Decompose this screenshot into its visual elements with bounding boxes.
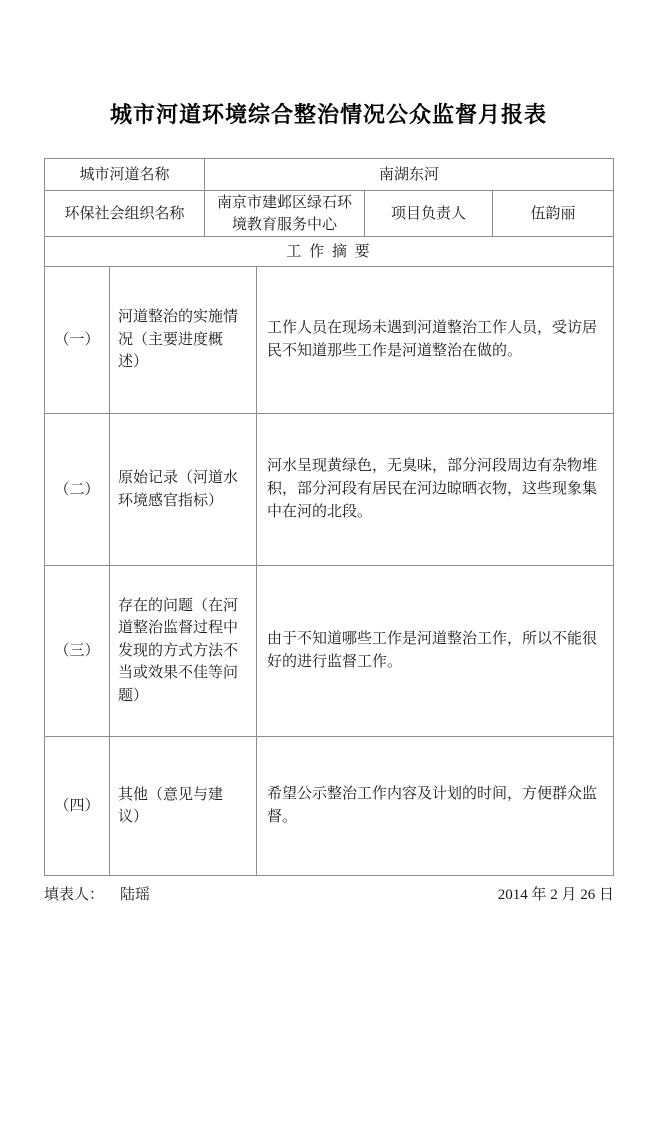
row-number: （一） <box>45 267 110 413</box>
row-content: 由于不知道哪些工作是河道整治工作，所以不能很好的进行监督工作。 <box>257 566 613 736</box>
row-label: 原始记录（河道水环境感官指标） <box>110 414 257 565</box>
summary-header: 工 作 摘 要 <box>45 237 613 266</box>
document-page: 城市河道环境综合整治情况公众监督月报表 城市河道名称 南湖东河 环保社会组织名称… <box>0 0 657 1122</box>
form-footer: 填表人：陆瑶 2014 年 2 月 26 日 <box>44 883 614 904</box>
organization-row: 环保社会组织名称 南京市建邺区绿石环境教育服务中心 项目负责人 伍韵丽 <box>45 191 613 237</box>
river-name-label: 城市河道名称 <box>45 159 205 190</box>
summary-header-row: 工 作 摘 要 <box>45 237 613 267</box>
river-name-value: 南湖东河 <box>205 159 613 190</box>
row-number: （二） <box>45 414 110 565</box>
row-number: （三） <box>45 566 110 736</box>
row-number: （四） <box>45 737 110 875</box>
filler-name: 陆瑶 <box>120 887 150 903</box>
page-title: 城市河道环境综合整治情况公众监督月报表 <box>0 0 657 129</box>
row-content: 河水呈现黄绿色，无臭味，部分河段周边有杂物堆积，部分河段有居民在河边晾晒衣物，这… <box>257 414 613 565</box>
table-row: （三） 存在的问题（在河道整治监督过程中发现的方式方法不当或效果不佳等问题） 由… <box>45 566 613 737</box>
filler-label: 填表人： <box>44 887 104 903</box>
row-content: 工作人员在现场未遇到河道整治工作人员，受访居民不知道那些工作是河道整治在做的。 <box>257 267 613 413</box>
table-row: （二） 原始记录（河道水环境感官指标） 河水呈现黄绿色，无臭味，部分河段周边有杂… <box>45 414 613 566</box>
table-row: （一） 河道整治的实施情况（主要进度概述） 工作人员在现场未遇到河道整治工作人员… <box>45 267 613 414</box>
org-label: 环保社会组织名称 <box>45 191 205 236</box>
leader-value: 伍韵丽 <box>493 191 613 236</box>
row-label: 存在的问题（在河道整治监督过程中发现的方式方法不当或效果不佳等问题） <box>110 566 257 736</box>
row-label: 其他（意见与建议） <box>110 737 257 875</box>
river-name-row: 城市河道名称 南湖东河 <box>45 159 613 191</box>
row-content: 希望公示整治工作内容及计划的时间，方便群众监督。 <box>257 737 613 875</box>
report-date: 2014 年 2 月 26 日 <box>498 883 614 904</box>
filler-block: 填表人：陆瑶 <box>44 883 150 904</box>
table-row: （四） 其他（意见与建议） 希望公示整治工作内容及计划的时间，方便群众监督。 <box>45 737 613 875</box>
row-label: 河道整治的实施情况（主要进度概述） <box>110 267 257 413</box>
leader-label: 项目负责人 <box>365 191 493 236</box>
org-value: 南京市建邺区绿石环境教育服务中心 <box>205 191 365 236</box>
report-table: 城市河道名称 南湖东河 环保社会组织名称 南京市建邺区绿石环境教育服务中心 项目… <box>44 158 614 876</box>
